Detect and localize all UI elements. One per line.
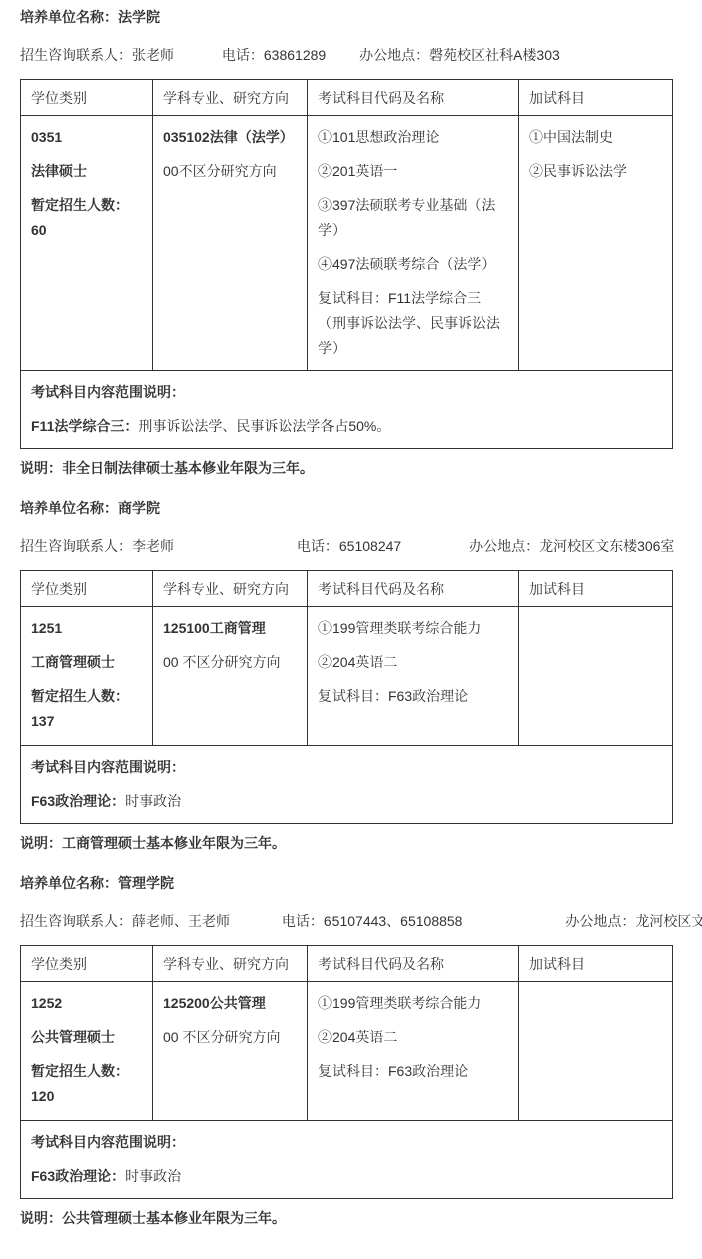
note-text: 时事政治: [125, 1168, 181, 1184]
table-header-row: 学位类别 学科专业、研究方向 考试科目代码及名称 加试科目: [21, 571, 673, 607]
table-data-row: 0351 法律硕士 暂定招生人数：60 035102法律（法学） 00不区分研究…: [21, 116, 673, 371]
note-cell: 考试科目内容范围说明： F63政治理论：时事政治: [21, 1121, 673, 1199]
research-direction: 00 不区分研究方向: [163, 650, 297, 675]
exam-subjects-cell: ①101思想政治理论 ②201英语一 ③397法硕联考专业基础（法学） ④497…: [308, 116, 519, 371]
exam-subject: ②204英语二: [318, 650, 508, 675]
note-text: 时事政治: [125, 793, 181, 809]
header-exam-subjects: 考试科目代码及名称: [308, 80, 519, 116]
contact-phone: 电话：65108247: [297, 538, 401, 554]
header-degree-type: 学位类别: [21, 946, 153, 982]
contact-person: 招生咨询联系人：李老师: [20, 538, 174, 554]
planned-enrollment: 暂定招生人数：120: [31, 1059, 142, 1109]
header-exam-subjects: 考试科目代码及名称: [308, 946, 519, 982]
exam-subject: ①199管理类联考综合能力: [318, 991, 508, 1016]
header-extra-subjects: 加试科目: [519, 946, 673, 982]
header-degree-type: 学位类别: [21, 80, 153, 116]
table-data-row: 1252 公共管理硕士 暂定招生人数：120 125200公共管理 00 不区分…: [21, 982, 673, 1121]
degree-name: 公共管理硕士: [31, 1025, 142, 1050]
exam-subject: ④497法硕联考综合（法学）: [318, 252, 508, 277]
section-remark: 说明：非全日制法律硕士基本修业年限为三年。: [20, 459, 672, 477]
retest-subject: 复试科目：F63政治理论: [318, 684, 508, 709]
contact-person: 招生咨询联系人：张老师: [20, 47, 174, 63]
degree-type-cell: 0351 法律硕士 暂定招生人数：60: [21, 116, 153, 371]
exam-subject: ①199管理类联考综合能力: [318, 616, 508, 641]
header-extra-subjects: 加试科目: [519, 80, 673, 116]
degree-type-cell: 1251 工商管理硕士 暂定招生人数：137: [21, 607, 153, 746]
table-header-row: 学位类别 学科专业、研究方向 考试科目代码及名称 加试科目: [21, 946, 673, 982]
retest-subject: 复试科目：F63政治理论: [318, 1059, 508, 1084]
note-cell: 考试科目内容范围说明： F11法学综合三：刑事诉讼法学、民事诉讼法学各占50%。: [21, 371, 673, 449]
exam-subjects-cell: ①199管理类联考综合能力 ②204英语二 复试科目：F63政治理论: [308, 982, 519, 1121]
degree-name: 法律硕士: [31, 159, 142, 184]
table-data-row: 1251 工商管理硕士 暂定招生人数：137 125100工商管理 00 不区分…: [21, 607, 673, 746]
exam-subject: ②201英语一: [318, 159, 508, 184]
contact-office: 办公地点：磬苑校区社科A楼303: [359, 47, 560, 63]
note-title: 考试科目内容范围说明：: [31, 1130, 662, 1155]
degree-code: 1252: [31, 991, 142, 1016]
contact-phone: 电话：65107443、65108858: [282, 913, 463, 929]
note-line: F11法学综合三：刑事诉讼法学、民事诉讼法学各占50%。: [31, 414, 662, 439]
section-law-school: 培养单位名称：法学院 招生咨询联系人：张老师 电话：63861289 办公地点：…: [20, 8, 672, 477]
admissions-document: 培养单位名称：法学院 招生咨询联系人：张老师 电话：63861289 办公地点：…: [0, 0, 702, 1259]
major-cell: 035102法律（法学） 00不区分研究方向: [153, 116, 308, 371]
contact-office: 办公地点：龙河校区文东: [565, 913, 702, 929]
contact-line: 招生咨询联系人：张老师 电话：63861289 办公地点：磬苑校区社科A楼303: [20, 46, 672, 64]
major-code: 125100工商管理: [163, 616, 297, 641]
unit-title: 培养单位名称：法学院: [20, 8, 672, 26]
table-note-row: 考试科目内容范围说明： F63政治理论：时事政治: [21, 1121, 673, 1199]
header-major-direction: 学科专业、研究方向: [153, 946, 308, 982]
header-major-direction: 学科专业、研究方向: [153, 571, 308, 607]
note-label: F63政治理论：: [31, 793, 125, 809]
note-label: F11法学综合三：: [31, 418, 138, 434]
degree-type-cell: 1252 公共管理硕士 暂定招生人数：120: [21, 982, 153, 1121]
planned-enrollment: 暂定招生人数：60: [31, 193, 142, 243]
table-note-row: 考试科目内容范围说明： F11法学综合三：刑事诉讼法学、民事诉讼法学各占50%。: [21, 371, 673, 449]
degree-name: 工商管理硕士: [31, 650, 142, 675]
header-exam-subjects: 考试科目代码及名称: [308, 571, 519, 607]
contact-phone: 电话：63861289: [222, 47, 326, 63]
law-school-admissions-table: 学位类别 学科专业、研究方向 考试科目代码及名称 加试科目 0351 法律硕士 …: [20, 79, 673, 449]
extra-subjects-cell: [519, 982, 673, 1121]
note-title: 考试科目内容范围说明：: [31, 755, 662, 780]
extra-subject: ②民事诉讼法学: [529, 159, 662, 184]
exam-subject: ③397法硕联考专业基础（法学）: [318, 193, 508, 243]
note-line: F63政治理论：时事政治: [31, 789, 662, 814]
note-label: F63政治理论：: [31, 1168, 125, 1184]
note-text: 刑事诉讼法学、民事诉讼法学各占50%。: [138, 418, 390, 434]
extra-subjects-cell: [519, 607, 673, 746]
contact-office: 办公地点：龙河校区文东楼306室: [469, 538, 674, 554]
note-cell: 考试科目内容范围说明： F63政治理论：时事政治: [21, 746, 673, 824]
unit-title: 培养单位名称：商学院: [20, 499, 672, 517]
degree-code: 1251: [31, 616, 142, 641]
section-remark: 说明：公共管理硕士基本修业年限为三年。: [20, 1209, 672, 1227]
section-remark: 说明：工商管理硕士基本修业年限为三年。: [20, 834, 672, 852]
header-degree-type: 学位类别: [21, 571, 153, 607]
header-major-direction: 学科专业、研究方向: [153, 80, 308, 116]
section-business-school: 培养单位名称：商学院 招生咨询联系人：李老师 电话：65108247 办公地点：…: [20, 499, 672, 852]
note-line: F63政治理论：时事政治: [31, 1164, 662, 1189]
degree-code: 0351: [31, 125, 142, 150]
retest-subject: 复试科目：F11法学综合三（刑事诉讼法学、民事诉讼法学）: [318, 286, 508, 361]
unit-title: 培养单位名称：管理学院: [20, 874, 672, 892]
research-direction: 00不区分研究方向: [163, 159, 297, 184]
note-title: 考试科目内容范围说明：: [31, 380, 662, 405]
major-code: 125200公共管理: [163, 991, 297, 1016]
major-code: 035102法律（法学）: [163, 125, 297, 150]
management-school-admissions-table: 学位类别 学科专业、研究方向 考试科目代码及名称 加试科目 1252 公共管理硕…: [20, 945, 673, 1199]
research-direction: 00 不区分研究方向: [163, 1025, 297, 1050]
extra-subject: ①中国法制史: [529, 125, 662, 150]
exam-subject: ②204英语二: [318, 1025, 508, 1050]
exam-subject: ①101思想政治理论: [318, 125, 508, 150]
table-note-row: 考试科目内容范围说明： F63政治理论：时事政治: [21, 746, 673, 824]
table-header-row: 学位类别 学科专业、研究方向 考试科目代码及名称 加试科目: [21, 80, 673, 116]
major-cell: 125200公共管理 00 不区分研究方向: [153, 982, 308, 1121]
extra-subjects-cell: ①中国法制史 ②民事诉讼法学: [519, 116, 673, 371]
header-extra-subjects: 加试科目: [519, 571, 673, 607]
contact-line: 招生咨询联系人：李老师 电话：65108247 办公地点：龙河校区文东楼306室: [20, 537, 672, 555]
contact-person: 招生咨询联系人：薛老师、王老师: [20, 913, 230, 929]
exam-subjects-cell: ①199管理类联考综合能力 ②204英语二 复试科目：F63政治理论: [308, 607, 519, 746]
contact-line: 招生咨询联系人：薛老师、王老师 电话：65107443、65108858 办公地…: [20, 912, 672, 930]
business-school-admissions-table: 学位类别 学科专业、研究方向 考试科目代码及名称 加试科目 1251 工商管理硕…: [20, 570, 673, 824]
section-management-school: 培养单位名称：管理学院 招生咨询联系人：薛老师、王老师 电话：65107443、…: [20, 874, 672, 1227]
major-cell: 125100工商管理 00 不区分研究方向: [153, 607, 308, 746]
planned-enrollment: 暂定招生人数：137: [31, 684, 142, 734]
